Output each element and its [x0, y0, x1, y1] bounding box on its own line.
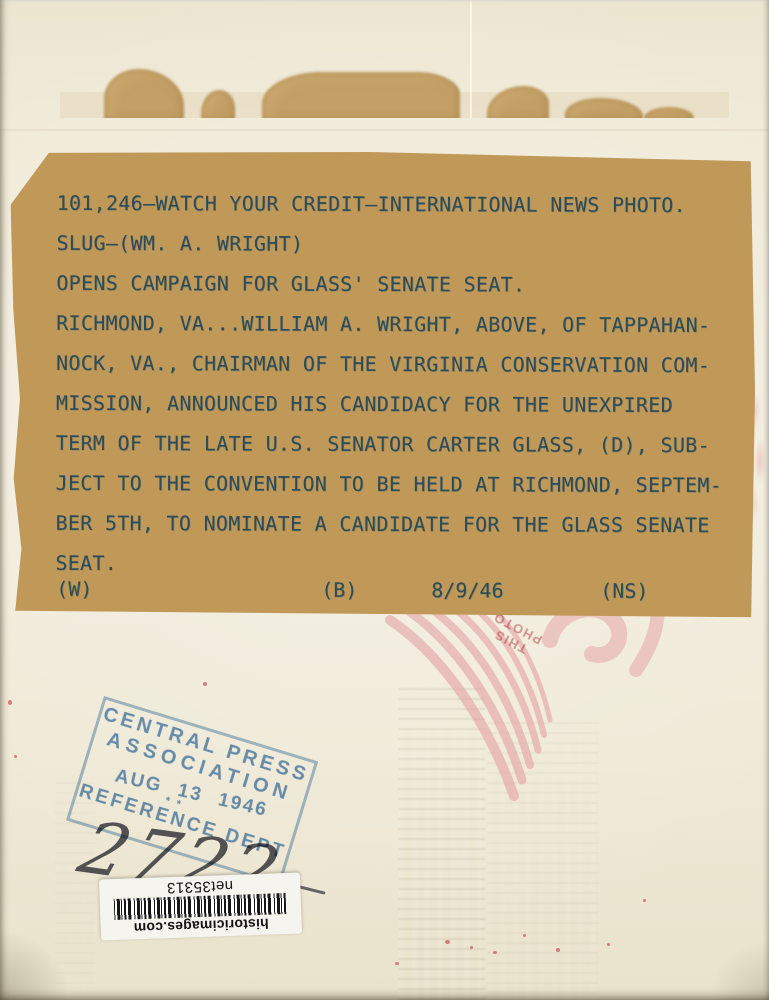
caption-slip: 101,246–WATCH YOUR CREDIT–INTERNATIONAL … [9, 149, 756, 620]
glue-stain-band [0, 0, 769, 118]
red-speck [643, 899, 646, 902]
photo-back-scan: THIS PHOTO 101,246–WATCH YOUR CREDIT–INT… [0, 0, 769, 1000]
caption-line: 101,246–WATCH YOUR CREDIT–INTERNATIONAL … [57, 183, 737, 225]
red-speck [607, 943, 610, 946]
glue-stain [262, 72, 460, 118]
glue-stain [487, 86, 549, 118]
wire-mark-b: (B) [321, 578, 357, 602]
red-speck [556, 948, 560, 952]
red-speck [470, 946, 473, 949]
label-id: net35313 [166, 877, 233, 896]
caption-line: NOCK, VA., CHAIRMAN OF THE VIRGINIA CONS… [56, 343, 736, 385]
red-speck [493, 951, 497, 954]
caption-line: RICHMOND, VA...WILLIAM A. WRIGHT, ABOVE,… [56, 303, 736, 345]
paper-crease [0, 129, 769, 131]
red-speck [8, 700, 12, 705]
caption-line: OPENS CAMPAIGN FOR GLASS' SENATE SEAT. [56, 263, 736, 305]
red-speck [445, 940, 450, 944]
caption-date: 8/9/46 [431, 578, 503, 602]
glue-stain [104, 69, 184, 118]
label-website: historicimages.com [133, 916, 269, 937]
archive-label-content: historicimages.com net35313 [99, 873, 302, 941]
caption-text: 101,246–WATCH YOUR CREDIT–INTERNATIONAL … [55, 183, 736, 585]
wire-mark-w: (W) [56, 577, 92, 601]
caption-line: MISSION, ANNOUNCED HIS CANDIDACY FOR THE… [56, 383, 736, 425]
scratch-line [470, 0, 472, 118]
red-speck [395, 962, 399, 965]
caption-line: TERM OF THE LATE U.S. SENATOR CARTER GLA… [56, 423, 736, 465]
glue-stain [201, 90, 235, 118]
glue-stain [644, 107, 694, 118]
red-speck [203, 682, 207, 686]
caption-footer: (W) (B) 8/9/46 (NS) [9, 577, 754, 620]
archive-label: historicimages.com net35313 [99, 873, 302, 941]
caption-line: JECT TO THE CONVENTION TO BE HELD AT RIC… [56, 463, 736, 505]
caption-line: SLUG–(WM. A. WRIGHT) [56, 223, 736, 265]
glue-stain [565, 98, 643, 118]
wire-mark-ns: (NS) [600, 579, 648, 603]
caption-line: BER 5TH, TO NOMINATE A CANDIDATE FOR THE… [55, 503, 735, 545]
red-speck [523, 934, 526, 937]
red-speck [14, 755, 17, 758]
